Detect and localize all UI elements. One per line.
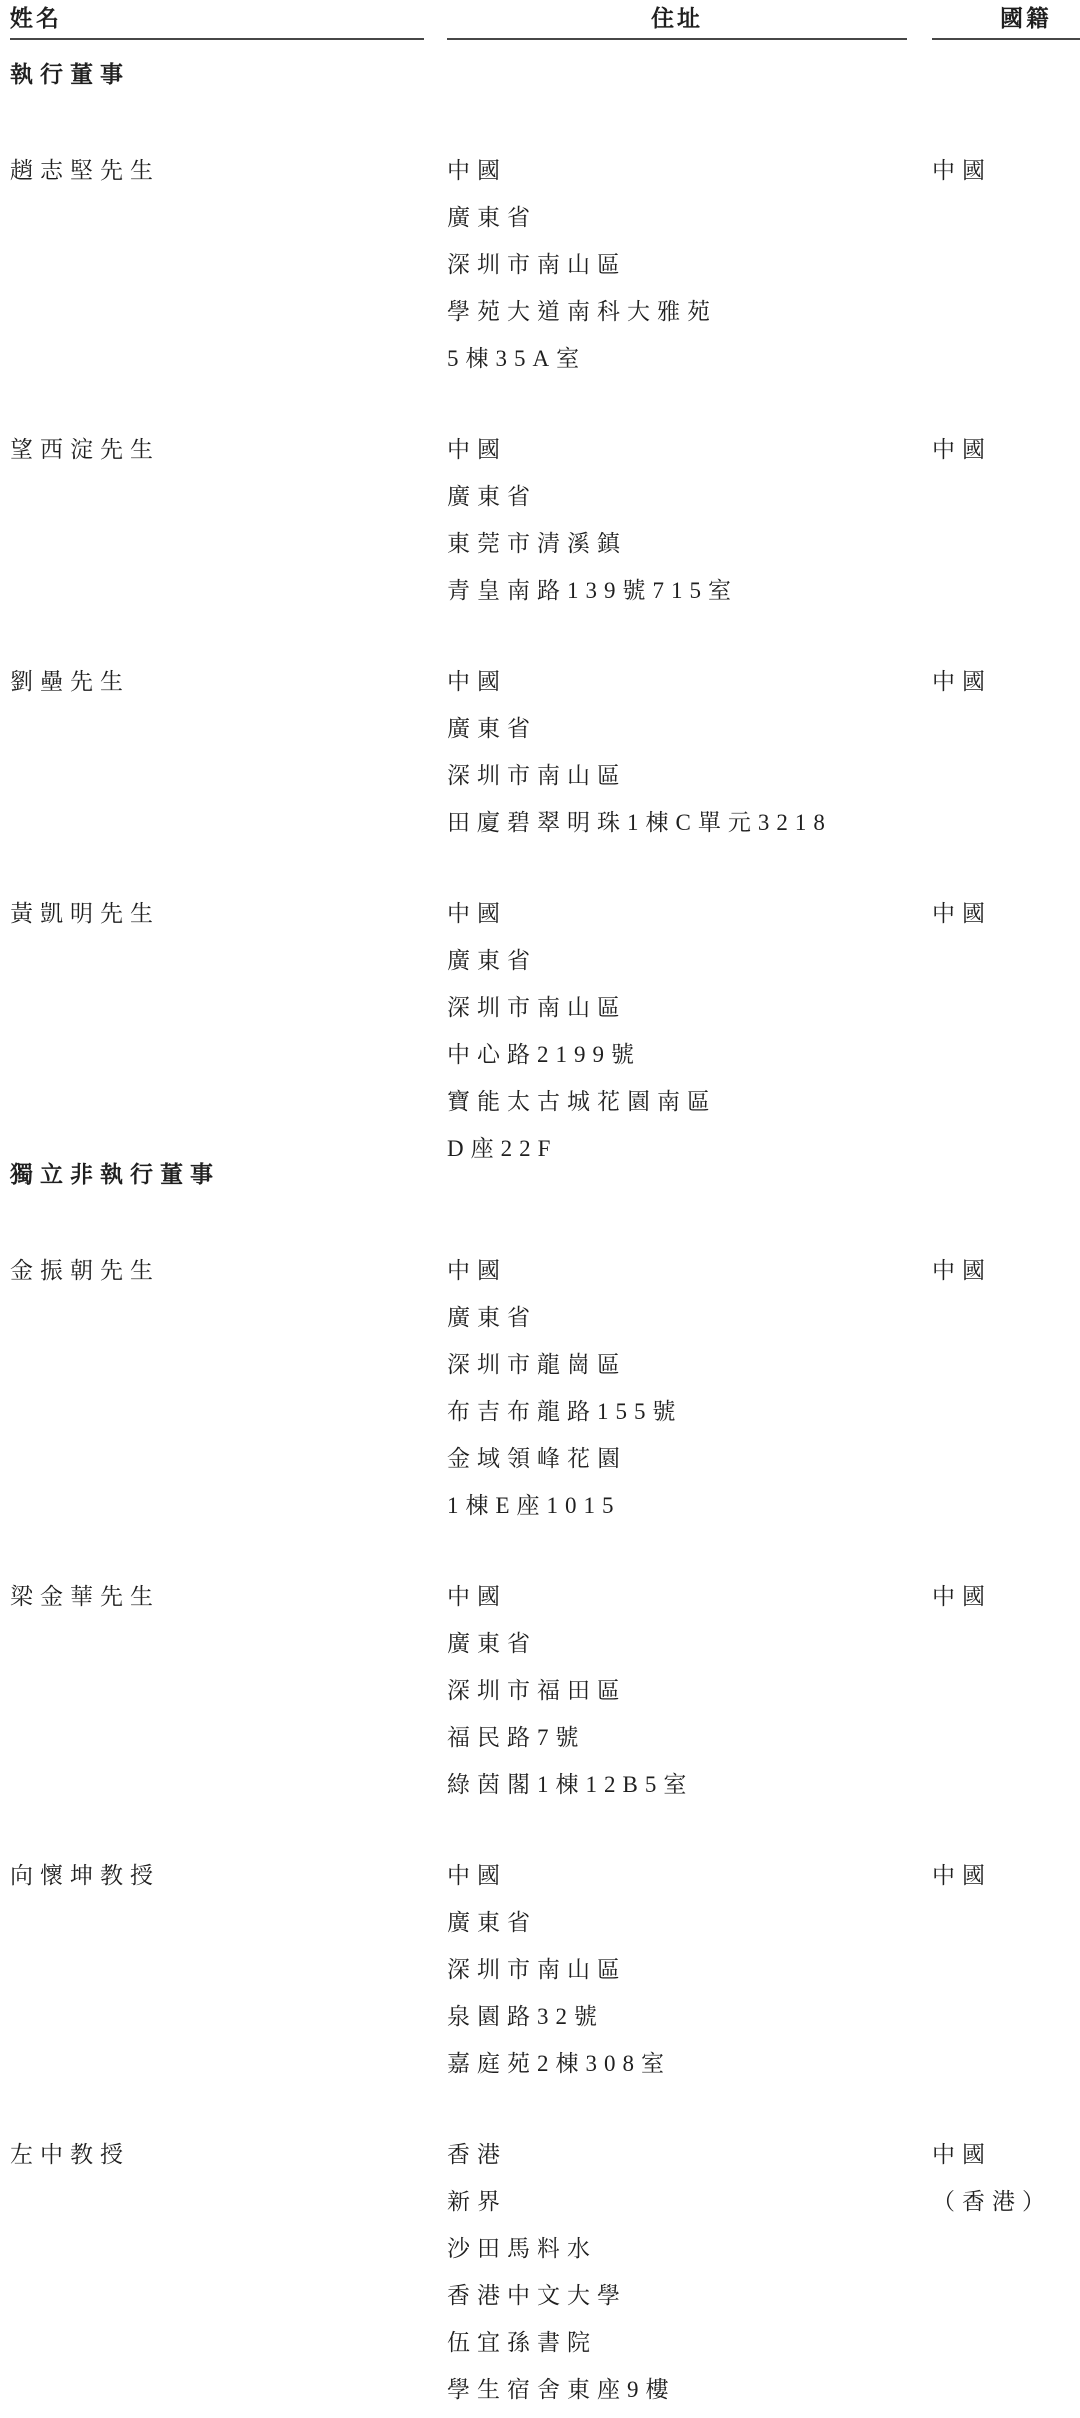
director-name-cell: 梁金華先生 (10, 1573, 447, 1808)
nationality-line: 中國 (932, 1247, 1080, 1294)
director-nationality-cell: 中國 (932, 890, 1080, 1172)
director-row: 黃凱明先生 中國廣東省深圳市南山區中心路2199號寶能太古城花園南區D座22F … (10, 890, 1080, 1172)
address-line: 1棟E座1015 (447, 1482, 932, 1529)
address-line: 沙田馬料水 (447, 2225, 932, 2272)
director-nationality-cell: 中國 (932, 426, 1080, 614)
address-line: 新界 (447, 2178, 932, 2225)
director-address-cell: 中國廣東省東莞市清溪鎮青皇南路139號715室 (447, 426, 932, 614)
director-name-cell: 劉壘先生 (10, 658, 447, 846)
director-address-cell: 中國廣東省深圳市龍崗區布吉布龍路155號金域領峰花園1棟E座1015 (447, 1247, 932, 1529)
address-line: 中國 (447, 1573, 932, 1620)
address-line: 學生宿舍東座9樓 (447, 2366, 932, 2413)
column-header-name: 姓名 (10, 4, 62, 34)
director-nationality-cell: 中國 (932, 1573, 1080, 1808)
nationality-line: 中國 (932, 658, 1080, 705)
address-line: 中國 (447, 426, 932, 473)
director-address-cell: 中國廣東省深圳市南山區中心路2199號寶能太古城花園南區D座22F (447, 890, 932, 1172)
director-nationality-cell: 中國（香港） (932, 2131, 1080, 2413)
section-title: 執行董事 (10, 60, 1080, 90)
header-rule-nationality (932, 38, 1080, 40)
director-name: 向懷坤教授 (10, 1852, 447, 1899)
address-line: 田廈碧翠明珠1棟C單元3218 (447, 799, 932, 846)
director-row: 劉壘先生 中國廣東省深圳市南山區田廈碧翠明珠1棟C單元3218 中國 (10, 658, 1080, 846)
column-header-nationality: 國籍 (1000, 4, 1052, 34)
nationality-line: 中國 (932, 2131, 1080, 2178)
nationality-line: 中國 (932, 890, 1080, 937)
director-name-cell: 向懷坤教授 (10, 1852, 447, 2087)
table-body: 執行董事 趙志堅先生 中國廣東省深圳市南山區學苑大道南科大雅苑5棟35A室 中國… (0, 60, 1080, 2413)
director-row: 梁金華先生 中國廣東省深圳市福田區福民路7號綠茵閣1棟12B5室 中國 (10, 1573, 1080, 1808)
nationality-line: （香港） (932, 2178, 1080, 2225)
address-line: 廣東省 (447, 1899, 932, 1946)
column-header-address: 住址 (447, 4, 907, 34)
address-line: 中國 (447, 147, 932, 194)
director-name-cell: 左中教授 (10, 2131, 447, 2413)
director-name-cell: 望西淀先生 (10, 426, 447, 614)
address-line: 廣東省 (447, 937, 932, 984)
director-row: 趙志堅先生 中國廣東省深圳市南山區學苑大道南科大雅苑5棟35A室 中國 (10, 147, 1080, 382)
address-line: 中國 (447, 658, 932, 705)
director-name: 左中教授 (10, 2131, 447, 2178)
director-row: 金振朝先生 中國廣東省深圳市龍崗區布吉布龍路155號金域領峰花園1棟E座1015… (10, 1247, 1080, 1529)
table-header: 姓名 住址 國籍 (0, 0, 1080, 40)
header-rule-address (447, 38, 907, 40)
address-line: 深圳市龍崗區 (447, 1341, 932, 1388)
nationality-line: 中國 (932, 1852, 1080, 1899)
address-line: 廣東省 (447, 194, 932, 241)
director-nationality-cell: 中國 (932, 147, 1080, 382)
director-name: 金振朝先生 (10, 1247, 447, 1294)
address-line: 廣東省 (447, 473, 932, 520)
nationality-line: 中國 (932, 426, 1080, 473)
address-line: 泉園路32號 (447, 1993, 932, 2040)
director-nationality-cell: 中國 (932, 1247, 1080, 1529)
address-line: 香港 (447, 2131, 932, 2178)
director-name: 趙志堅先生 (10, 147, 447, 194)
address-line: 學苑大道南科大雅苑 (447, 288, 932, 335)
address-line: 東莞市清溪鎮 (447, 520, 932, 567)
address-line: 5棟35A室 (447, 335, 932, 382)
director-address-cell: 中國廣東省深圳市南山區學苑大道南科大雅苑5棟35A室 (447, 147, 932, 382)
nationality-line: 中國 (932, 147, 1080, 194)
director-name: 黃凱明先生 (10, 890, 447, 937)
director-address-cell: 中國廣東省深圳市南山區田廈碧翠明珠1棟C單元3218 (447, 658, 932, 846)
address-line: 布吉布龍路155號 (447, 1388, 932, 1435)
nationality-line: 中國 (932, 1573, 1080, 1620)
address-line: 寶能太古城花園南區 (447, 1078, 932, 1125)
address-line: 深圳市南山區 (447, 752, 932, 799)
address-line: 廣東省 (447, 1294, 932, 1341)
director-name: 劉壘先生 (10, 658, 447, 705)
director-row: 望西淀先生 中國廣東省東莞市清溪鎮青皇南路139號715室 中國 (10, 426, 1080, 614)
address-line: 伍宜孫書院 (447, 2319, 932, 2366)
director-nationality-cell: 中國 (932, 1852, 1080, 2087)
address-line: 福民路7號 (447, 1714, 932, 1761)
address-line: 青皇南路139號715室 (447, 567, 932, 614)
director-address-cell: 中國廣東省深圳市福田區福民路7號綠茵閣1棟12B5室 (447, 1573, 932, 1808)
director-name-cell: 趙志堅先生 (10, 147, 447, 382)
director-row: 向懷坤教授 中國廣東省深圳市南山區泉園路32號嘉庭苑2棟308室 中國 (10, 1852, 1080, 2087)
director-name-cell: 黃凱明先生 (10, 890, 447, 1172)
director-name: 望西淀先生 (10, 426, 447, 473)
director-address-cell: 中國廣東省深圳市南山區泉園路32號嘉庭苑2棟308室 (447, 1852, 932, 2087)
address-line: 深圳市福田區 (447, 1667, 932, 1714)
address-line: 深圳市南山區 (447, 1946, 932, 1993)
directors-list-page: 姓名 住址 國籍 執行董事 趙志堅先生 中國廣東省深圳市南山區學苑大道南科大雅苑… (0, 0, 1080, 2418)
director-name-cell: 金振朝先生 (10, 1247, 447, 1529)
address-line: 深圳市南山區 (447, 984, 932, 1031)
address-line: 綠茵閣1棟12B5室 (447, 1761, 932, 1808)
address-line: 中國 (447, 1247, 932, 1294)
address-line: 深圳市南山區 (447, 241, 932, 288)
address-line: 廣東省 (447, 1620, 932, 1667)
header-rule-name (10, 38, 424, 40)
address-line: 嘉庭苑2棟308室 (447, 2040, 932, 2087)
director-address-cell: 香港新界沙田馬料水香港中文大學伍宜孫書院學生宿舍東座9樓 (447, 2131, 932, 2413)
address-line: 中國 (447, 1852, 932, 1899)
address-line: 中心路2199號 (447, 1031, 932, 1078)
director-name: 梁金華先生 (10, 1573, 447, 1620)
address-line: 中國 (447, 890, 932, 937)
address-line: 廣東省 (447, 705, 932, 752)
address-line: 香港中文大學 (447, 2272, 932, 2319)
address-line: D座22F (447, 1125, 932, 1172)
director-nationality-cell: 中國 (932, 658, 1080, 846)
director-row: 左中教授 香港新界沙田馬料水香港中文大學伍宜孫書院學生宿舍東座9樓 中國（香港） (10, 2131, 1080, 2413)
address-line: 金域領峰花園 (447, 1435, 932, 1482)
